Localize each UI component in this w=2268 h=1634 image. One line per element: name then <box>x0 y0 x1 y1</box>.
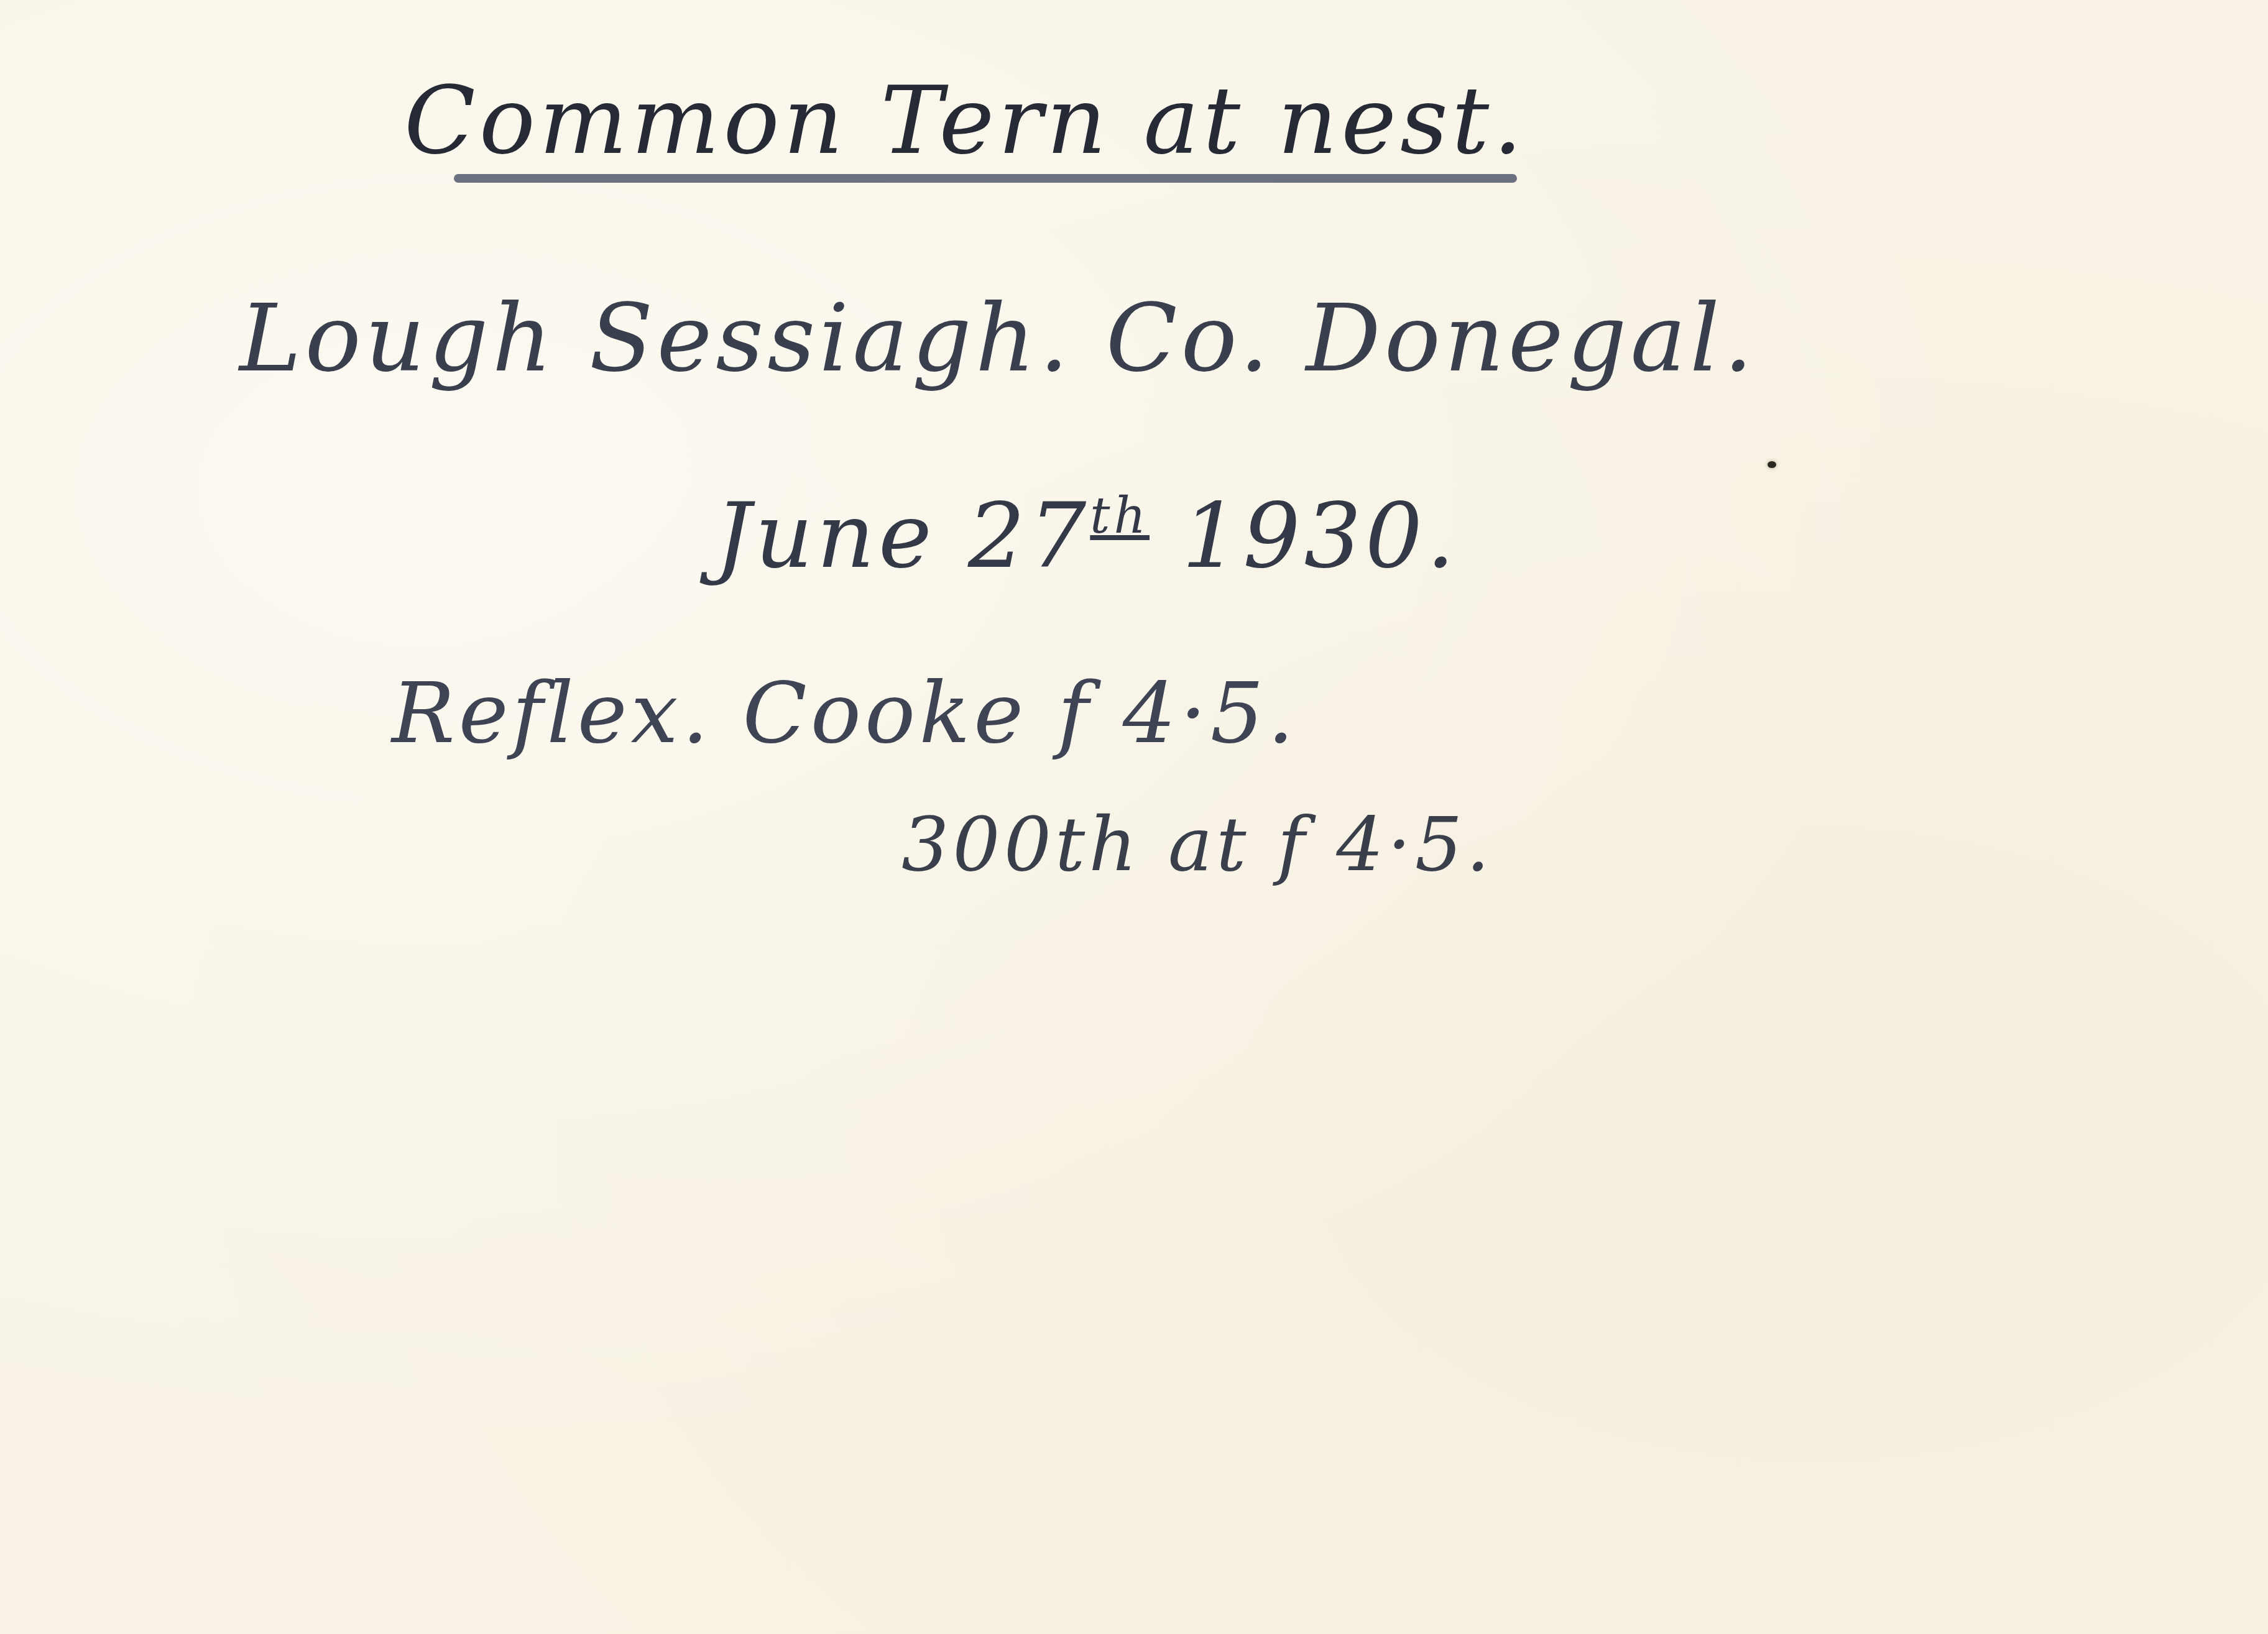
date-ordinal: th <box>1090 487 1150 544</box>
title-underline <box>454 174 1517 183</box>
ink-speck <box>1768 461 1776 468</box>
date-line: June 27th 1930. <box>715 491 1459 581</box>
date-prefix: June 27 <box>715 484 1090 589</box>
date-suffix: 1930. <box>1150 484 1459 589</box>
handwritten-card: Common Tern at nest. Lough Sessiagh. Co.… <box>0 0 2268 1634</box>
exposure-note: 300th at f 4·5. <box>901 808 1493 883</box>
camera-note: Reflex. Cooke f 4·5. <box>392 671 1298 755</box>
card-title: Common Tern at nest. <box>404 75 1526 168</box>
location-line: Lough Sessiagh. Co. Donegal. <box>239 292 1757 385</box>
